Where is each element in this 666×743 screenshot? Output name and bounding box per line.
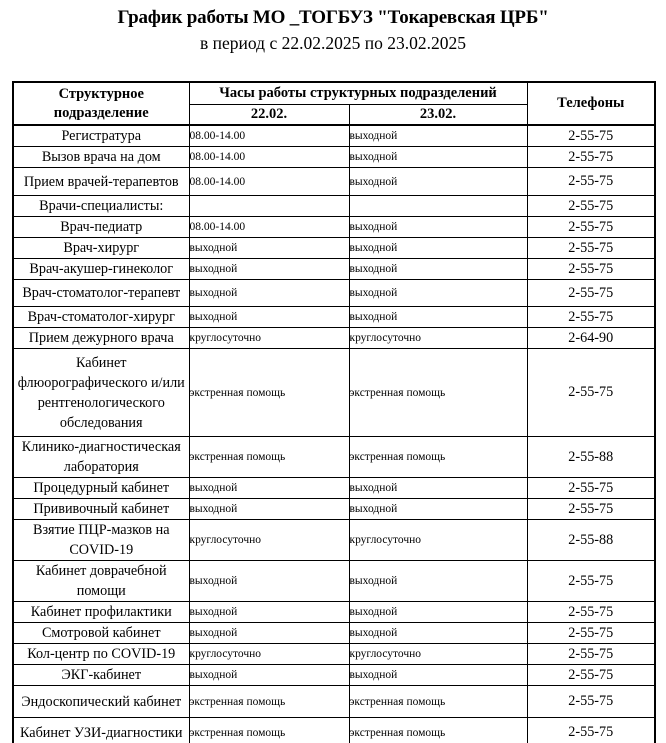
table-row: Кабинет доврачебной помощивыходнойвыходн… [13,561,655,602]
column-header-phones: Телефоны [527,82,655,125]
column-header-department: Структурное подразделение [13,82,189,125]
day2-hours-cell [349,196,527,217]
day1-hours-cell: выходной [189,238,349,259]
day1-hours-cell: 08.00-14.00 [189,147,349,168]
department-cell: Врач-хирург [13,238,189,259]
day2-hours-cell: выходной [349,168,527,196]
table-row: Смотровой кабинетвыходнойвыходной2-55-75 [13,623,655,644]
phone-cell: 2-55-75 [527,196,655,217]
table-row: Врач-стоматолог-хирургвыходнойвыходной2-… [13,307,655,328]
phone-cell: 2-55-75 [527,217,655,238]
day1-hours-cell: экстренная помощь [189,349,349,437]
day1-hours-cell: круглосуточно [189,644,349,665]
day1-hours-cell: 08.00-14.00 [189,217,349,238]
schedule-table: Структурное подразделение Часы работы ст… [12,81,656,743]
department-cell: Врач-педиатр [13,217,189,238]
phone-cell: 2-55-75 [527,623,655,644]
column-header-day1: 22.02. [189,105,349,126]
phone-cell: 2-55-75 [527,259,655,280]
column-header-day2: 23.02. [349,105,527,126]
phone-cell: 2-55-75 [527,665,655,686]
department-cell: Эндоскопический кабинет [13,686,189,718]
day1-hours-cell: выходной [189,259,349,280]
table-row: Взятие ПЦР-мазков на COVID-19круглосуточ… [13,520,655,561]
day1-hours-cell: выходной [189,307,349,328]
column-header-hours: Часы работы структурных подразделений [189,82,527,105]
phone-cell: 2-55-75 [527,280,655,307]
phone-cell: 2-55-75 [527,125,655,147]
table-row: Кабинет УЗИ-диагностикиэкстренная помощь… [13,718,655,743]
day1-hours-cell: 08.00-14.00 [189,168,349,196]
department-cell: Смотровой кабинет [13,623,189,644]
department-cell: Прививочный кабинет [13,499,189,520]
department-cell: ЭКГ-кабинет [13,665,189,686]
day1-hours-cell: выходной [189,280,349,307]
department-cell: Кабинет доврачебной помощи [13,561,189,602]
table-row: ЭКГ-кабинетвыходнойвыходной2-55-75 [13,665,655,686]
day2-hours-cell: выходной [349,665,527,686]
day1-hours-cell: выходной [189,665,349,686]
department-cell: Врачи-специалисты: [13,196,189,217]
table-row: Врач-стоматолог-терапевтвыходнойвыходной… [13,280,655,307]
document-title: График работы МО _ТОГБУЗ "Токаревская ЦР… [0,7,666,29]
day1-hours-cell: экстренная помощь [189,686,349,718]
day2-hours-cell: выходной [349,125,527,147]
day2-hours-cell: выходной [349,259,527,280]
day1-hours-cell: выходной [189,561,349,602]
table-row: Регистратура08.00-14.00выходной2-55-75 [13,125,655,147]
table-row: Врачи-специалисты:2-55-75 [13,196,655,217]
phone-cell: 2-55-75 [527,349,655,437]
table-row: Прием врачей-терапевтов08.00-14.00выходн… [13,168,655,196]
day2-hours-cell: выходной [349,602,527,623]
day1-hours-cell: экстренная помощь [189,718,349,743]
department-cell: Врач-стоматолог-хирург [13,307,189,328]
day2-hours-cell: экстренная помощь [349,349,527,437]
table-row: Врач-акушер-гинекологвыходнойвыходной2-5… [13,259,655,280]
day2-hours-cell: экстренная помощь [349,718,527,743]
day2-hours-cell: выходной [349,623,527,644]
phone-cell: 2-55-75 [527,718,655,743]
phone-cell: 2-55-75 [527,561,655,602]
department-cell: Регистратура [13,125,189,147]
phone-cell: 2-55-75 [527,307,655,328]
table-header: Структурное подразделение Часы работы ст… [13,82,655,125]
table-row: Прием дежурного врачакруглосуточнокругло… [13,328,655,349]
table-row: Кабинет профилактикивыходнойвыходной2-55… [13,602,655,623]
day2-hours-cell: экстренная помощь [349,437,527,478]
table-row: Эндоскопический кабинетэкстренная помощь… [13,686,655,718]
table-row: Прививочный кабинетвыходнойвыходной2-55-… [13,499,655,520]
day2-hours-cell: выходной [349,499,527,520]
day2-hours-cell: выходной [349,561,527,602]
department-cell: Врач-акушер-гинеколог [13,259,189,280]
table-row: Кабинет флюорографического и/или рентген… [13,349,655,437]
phone-cell: 2-55-75 [527,686,655,718]
day2-hours-cell: выходной [349,307,527,328]
day2-hours-cell: выходной [349,280,527,307]
department-cell: Кабинет УЗИ-диагностики [13,718,189,743]
department-cell: Процедурный кабинет [13,478,189,499]
department-cell: Взятие ПЦР-мазков на COVID-19 [13,520,189,561]
table-body: Регистратура08.00-14.00выходной2-55-75Вы… [13,125,655,743]
table-row: Клинико-диагностическая лабораторияэкстр… [13,437,655,478]
day1-hours-cell: 08.00-14.00 [189,125,349,147]
day2-hours-cell: выходной [349,478,527,499]
table-row: Врач-педиатр08.00-14.00выходной2-55-75 [13,217,655,238]
day2-hours-cell: выходной [349,147,527,168]
day2-hours-cell: выходной [349,238,527,259]
table-row: Процедурный кабинетвыходнойвыходной2-55-… [13,478,655,499]
day2-hours-cell: круглосуточно [349,328,527,349]
phone-cell: 2-55-75 [527,644,655,665]
phone-cell: 2-55-88 [527,437,655,478]
day1-hours-cell: выходной [189,478,349,499]
day1-hours-cell: выходной [189,499,349,520]
phone-cell: 2-55-75 [527,602,655,623]
day2-hours-cell: круглосуточно [349,644,527,665]
day1-hours-cell: круглосуточно [189,520,349,561]
phone-cell: 2-55-88 [527,520,655,561]
document-period: в период с 22.02.2025 по 23.02.2025 [0,33,666,54]
table-row: Кол-центр по COVID-19круглосуточнокругло… [13,644,655,665]
table-row: Врач-хирургвыходнойвыходной2-55-75 [13,238,655,259]
day2-hours-cell: экстренная помощь [349,686,527,718]
department-cell: Кол-центр по COVID-19 [13,644,189,665]
day1-hours-cell: выходной [189,623,349,644]
day1-hours-cell: круглосуточно [189,328,349,349]
department-cell: Вызов врача на дом [13,147,189,168]
phone-cell: 2-55-75 [527,478,655,499]
day1-hours-cell [189,196,349,217]
day1-hours-cell: экстренная помощь [189,437,349,478]
day1-hours-cell: выходной [189,602,349,623]
table-row: Вызов врача на дом08.00-14.00выходной2-5… [13,147,655,168]
day2-hours-cell: выходной [349,217,527,238]
phone-cell: 2-64-90 [527,328,655,349]
day2-hours-cell: круглосуточно [349,520,527,561]
department-cell: Кабинет профилактики [13,602,189,623]
department-cell: Кабинет флюорографического и/или рентген… [13,349,189,437]
department-cell: Врач-стоматолог-терапевт [13,280,189,307]
phone-cell: 2-55-75 [527,147,655,168]
department-cell: Клинико-диагностическая лаборатория [13,437,189,478]
phone-cell: 2-55-75 [527,168,655,196]
department-cell: Прием врачей-терапевтов [13,168,189,196]
phone-cell: 2-55-75 [527,499,655,520]
department-cell: Прием дежурного врача [13,328,189,349]
phone-cell: 2-55-75 [527,238,655,259]
